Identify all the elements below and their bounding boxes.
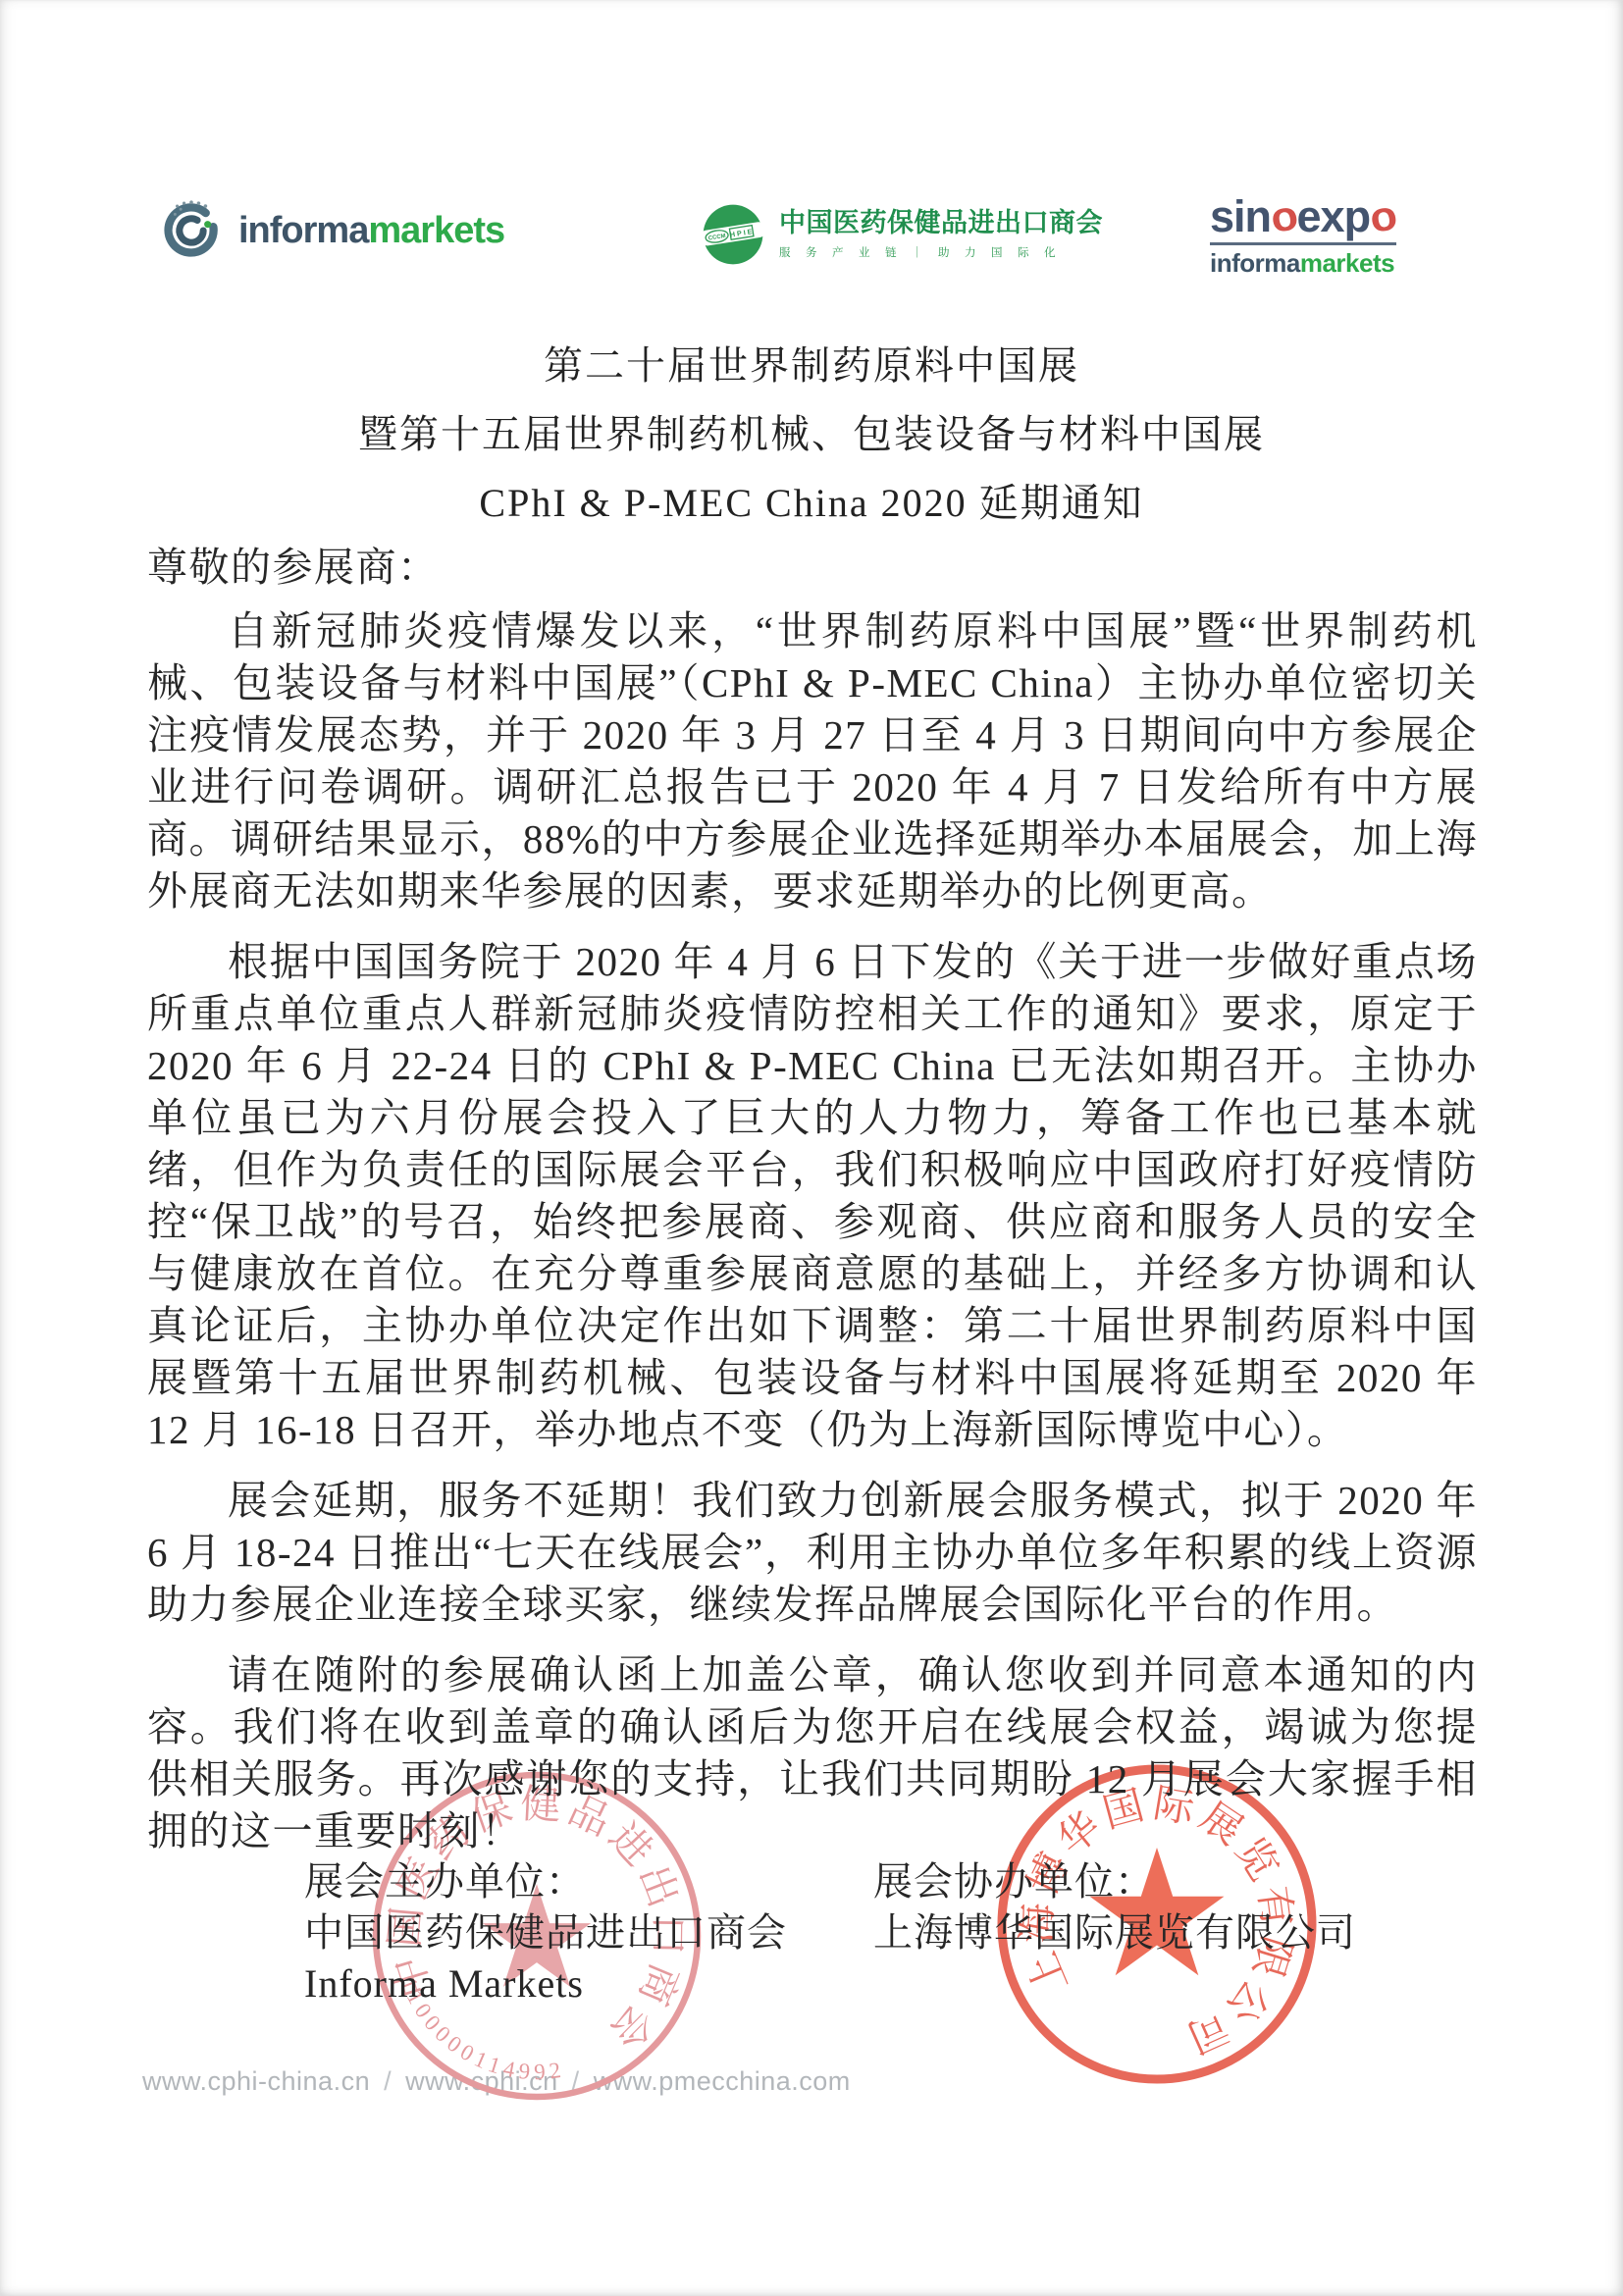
paragraph-1: 自新冠肺炎疫情爆发以来，“世界制药原料中国展”暨“世界制药机械、包装设备与材料中… (147, 605, 1478, 917)
informa-word: informa (1210, 248, 1300, 278)
host-label: 展会主办单位： (304, 1856, 787, 1907)
title-line-2: 暨第十五届世界制药机械、包装设备与材料中国展 (0, 400, 1623, 469)
paragraph-2: 根据中国国务院于 2020 年 4 月 6 日下发的《关于进一步做好重点场所重点… (147, 936, 1478, 1456)
markets-word: markets (368, 210, 504, 251)
notice-title: 第二十届世界制药原料中国展 暨第十五届世界制药机械、包装设备与材料中国展 CPh… (0, 332, 1623, 538)
host-org-cn: 中国医药保健品进出口商会 (304, 1907, 787, 1958)
informa-markets-logo: informamarkets (160, 199, 504, 262)
host-org-en: Informa Markets (304, 1958, 787, 2009)
sinoexpo-wordmark: sinoexpo (1210, 194, 1396, 238)
host-signature-block: 展会主办单位： 中国医药保健品进出口商会 Informa Markets (304, 1856, 787, 2009)
informa-word: informa (238, 210, 368, 251)
co-organizer-label: 展会协办单位： (873, 1856, 1356, 1907)
scanned-notice-page: informamarkets CCCM HPIE 中国医药保健品进出口商会 服务… (0, 0, 1623, 2296)
title-line-3: CPhI & P-MEC China 2020 延期通知 (0, 469, 1623, 538)
markets-word: markets (1300, 248, 1394, 278)
sinoexpo-logo: sinoexpo informamarkets (1210, 194, 1396, 276)
paragraph-4: 请在随附的参展确认函上加盖公章，确认您收到并同意本通知的内容。我们将在收到盖章的… (147, 1649, 1478, 1857)
co-organizer-signature-block: 展会协办单位： 上海博华国际展览有限公司 (873, 1856, 1356, 1958)
title-line-1: 第二十届世界制药原料中国展 (0, 332, 1623, 400)
cccm-chamber-name: 中国医药保健品进出口商会 (779, 209, 1103, 238)
cccm-globe-icon: CCCM HPIE (701, 202, 765, 267)
red-o-letter: o (1268, 194, 1300, 239)
cccm-slogan: 服务产业链｜助力国际化 (779, 244, 1103, 260)
notice-body: 尊敬的参展商： 自新冠肺炎疫情爆发以来，“世界制药原料中国展”暨“世界制药机械、… (147, 542, 1478, 1876)
footer-url-cphi-china: www.cphi-china.cn (142, 2066, 370, 2096)
informa-markets-wordmark: informamarkets (238, 212, 504, 249)
paragraph-3: 展会延期，服务不延期！我们致力创新展会服务模式，拟于 2020 年 6 月 18… (147, 1475, 1478, 1631)
red-o-letter: o (1367, 194, 1399, 239)
cccmhpie-logo: CCCM HPIE 中国医药保健品进出口商会 服务产业链｜助力国际化 (701, 202, 1103, 267)
sinoexpo-divider (1210, 242, 1396, 245)
sinoexpo-seg2: exp (1297, 194, 1371, 238)
sinoexpo-informa-markets-line: informamarkets (1210, 250, 1396, 276)
co-organizer-org: 上海博华国际展览有限公司 (873, 1907, 1356, 1958)
informa-swirl-icon (160, 199, 223, 262)
sinoexpo-seg1: sin (1210, 194, 1271, 238)
salutation: 尊敬的参展商： (147, 542, 1478, 594)
